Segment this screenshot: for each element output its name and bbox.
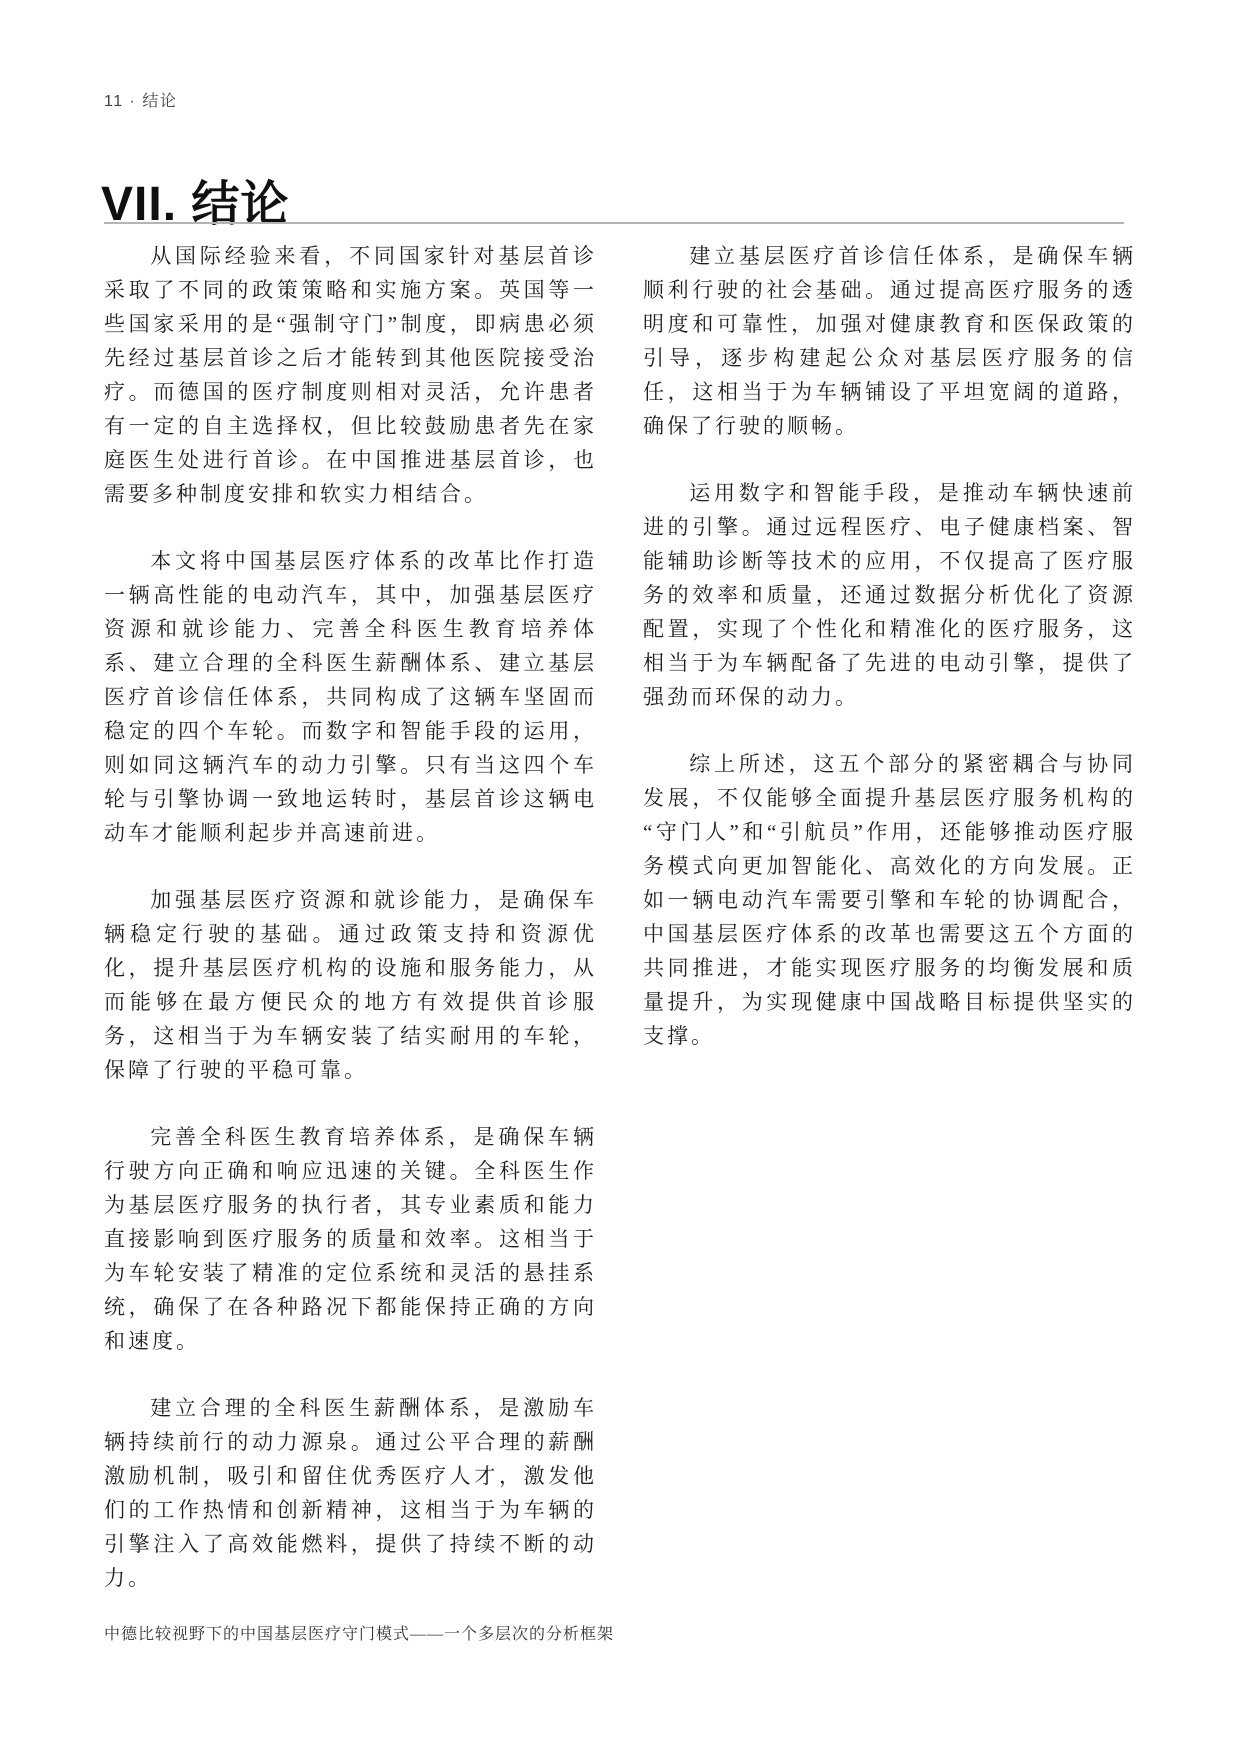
body-paragraph: 建立合理的全科医生薪酬体系，是激励车辆持续前行的动力源泉。通过公平合理的薪酬激励… <box>104 1391 597 1595</box>
body-columns: 从国际经验来看，不同国家针对基层首诊采取了不同的政策策略和实施方案。英国等一些国… <box>104 239 1136 1628</box>
chapter-title: VII. 结论 <box>101 175 289 235</box>
body-paragraph: 完善全科医生教育培养体系，是确保车辆行驶方向正确和响应迅速的关键。全科医生作为基… <box>104 1120 597 1358</box>
body-paragraph: 建立基层医疗首诊信任体系，是确保车辆顺利行驶的社会基础。通过提高医疗服务的透明度… <box>643 239 1136 443</box>
title-divider-rule <box>104 222 1124 224</box>
left-column: 从国际经验来看，不同国家针对基层首诊采取了不同的政策策略和实施方案。英国等一些国… <box>104 239 597 1628</box>
body-paragraph: 综上所述，这五个部分的紧密耦合与协同发展，不仅能够全面提升基层医疗服务机构的“守… <box>643 747 1136 1053</box>
body-paragraph: 运用数字和智能手段，是推动车辆快速前进的引擎。通过远程医疗、电子健康档案、智能辅… <box>643 476 1136 714</box>
body-paragraph: 从国际经验来看，不同国家针对基层首诊采取了不同的政策策略和实施方案。英国等一些国… <box>104 239 597 511</box>
running-footer: 中德比较视野下的中国基层医疗守门模式——一个多层次的分析框架 <box>104 1621 614 1644</box>
body-paragraph: 本文将中国基层医疗体系的改革比作打造一辆高性能的电动汽车，其中，加强基层医疗资源… <box>104 544 597 850</box>
body-paragraph: 加强基层医疗资源和就诊能力，是确保车辆稳定行驶的基础。通过政策支持和资源优化，提… <box>104 883 597 1087</box>
document-page: 11 · 结论 VII. 结论 从国际经验来看，不同国家针对基层首诊采取了不同的… <box>0 0 1241 1754</box>
right-column: 建立基层医疗首诊信任体系，是确保车辆顺利行驶的社会基础。通过提高医疗服务的透明度… <box>643 239 1136 1628</box>
running-header: 11 · 结论 <box>104 88 177 111</box>
